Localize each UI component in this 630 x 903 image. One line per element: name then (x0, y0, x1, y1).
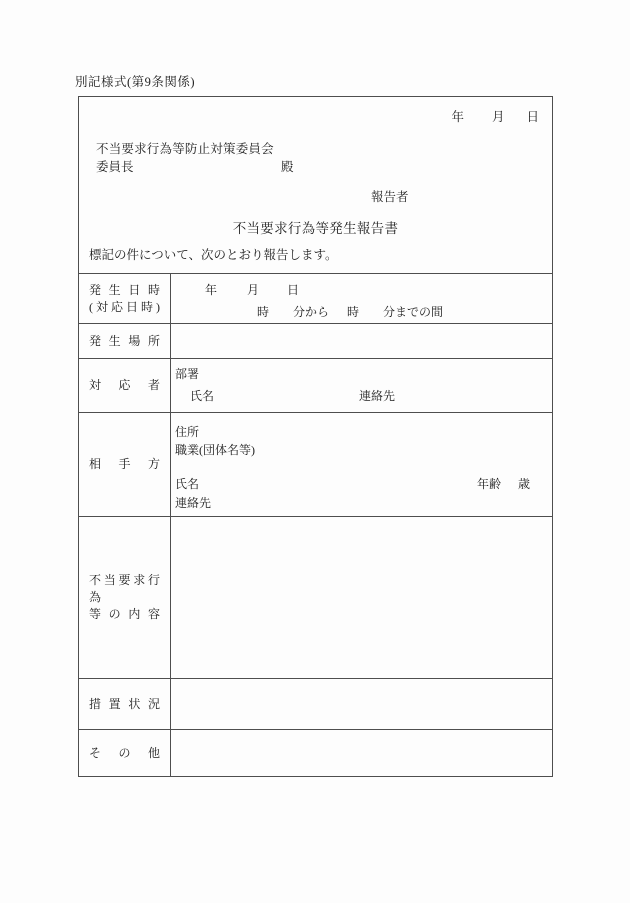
datetime-label-line2: (対応日時) (89, 299, 160, 316)
datetime-row-content-cell: 年 月 日 時 分から 時 分までの間 (171, 274, 552, 324)
reporter-label: 報告者 (371, 187, 409, 205)
place-label: 発生場所 (89, 333, 160, 350)
other-label: その他 (89, 745, 160, 762)
responder-department-line: 部署 (171, 366, 552, 382)
counterpart-address-line: 住所 (171, 424, 552, 440)
counterpart-label: 相手方 (89, 456, 160, 473)
responder-name-label: 氏名 (190, 388, 214, 404)
content-label-line1: 不当要求行為 (89, 572, 160, 606)
chairman-label: 委員長 (96, 157, 134, 175)
counterpart-name-age-line: 氏名 年齢 歳 (171, 476, 552, 492)
document-title: 不当要求行為等発生報告書 (79, 217, 552, 237)
counterpart-age-label: 年齢 (477, 476, 501, 492)
datetime-time-line: 時 分から 時 分までの間 (171, 304, 552, 320)
counterpart-occupation-label: 職業(団体名等) (175, 442, 255, 458)
datetime-date-line: 年 月 日 (171, 282, 552, 298)
honorific-label: 殿 (281, 157, 294, 175)
responder-label: 対応者 (89, 377, 160, 394)
counterpart-row-content-cell: 住所 職業(団体名等) 氏名 年齢 歳 連絡先 (171, 413, 552, 517)
datetime-month-unit: 月 (247, 282, 259, 298)
header-date-line: 年 月 日 (451, 107, 539, 125)
responder-row-content-cell: 部署 氏名 連絡先 (171, 359, 552, 413)
datetime-row-label-cell: 発生日時 (対応日時) (79, 274, 171, 324)
counterpart-name-label: 氏名 (175, 476, 199, 492)
responder-contact-label: 連絡先 (359, 388, 395, 404)
datetime-hour-from-unit: 時 (257, 304, 269, 320)
content-label-line2: 等の内容 (89, 606, 160, 623)
datetime-minute-from-unit: 分から (293, 304, 329, 320)
intro-text: 標記の件について、次のとおり報告します。 (89, 245, 338, 263)
measures-row-label-cell: 措置状況 (79, 679, 171, 730)
counterpart-age-unit: 歳 (518, 476, 530, 492)
measures-row-content-cell (171, 679, 552, 730)
counterpart-row-label-cell: 相手方 (79, 413, 171, 517)
datetime-year-unit: 年 (205, 282, 217, 298)
other-row-content-cell (171, 730, 552, 776)
report-form-box: 年 月 日 不当要求行為等防止対策委員会 委員長 殿 報告者 不当要求行為等発生… (78, 96, 553, 777)
datetime-minute-to-unit: 分までの間 (383, 304, 443, 320)
content-row-label-cell: 不当要求行為 等の内容 (79, 517, 171, 679)
counterpart-address-label: 住所 (175, 424, 199, 440)
report-table: 発生日時 (対応日時) 年 月 日 時 分から 時 分までの間 (79, 273, 552, 776)
date-year-unit: 年 (451, 107, 464, 125)
responder-row-label-cell: 対応者 (79, 359, 171, 413)
content-row-content-cell (171, 517, 552, 679)
datetime-label-line1: 発生日時 (89, 282, 160, 299)
document-page: 別記様式(第9条関係) 年 月 日 不当要求行為等防止対策委員会 委員長 殿 報… (0, 0, 630, 903)
responder-name-line: 氏名 連絡先 (171, 388, 552, 404)
form-reference-label: 別記様式(第9条関係) (75, 72, 195, 90)
committee-name: 不当要求行為等防止対策委員会 (96, 139, 274, 157)
date-day-unit: 日 (526, 107, 539, 125)
responder-department-label: 部署 (175, 366, 199, 382)
date-month-unit: 月 (492, 107, 505, 125)
datetime-hour-to-unit: 時 (347, 304, 359, 320)
place-row-content-cell (171, 324, 552, 359)
counterpart-occupation-line: 職業(団体名等) (171, 442, 552, 458)
counterpart-contact-line: 連絡先 (171, 495, 552, 511)
other-row-label-cell: その他 (79, 730, 171, 776)
measures-label: 措置状況 (89, 696, 160, 713)
datetime-day-unit: 日 (287, 282, 299, 298)
place-row-label-cell: 発生場所 (79, 324, 171, 359)
counterpart-contact-label: 連絡先 (175, 495, 211, 511)
